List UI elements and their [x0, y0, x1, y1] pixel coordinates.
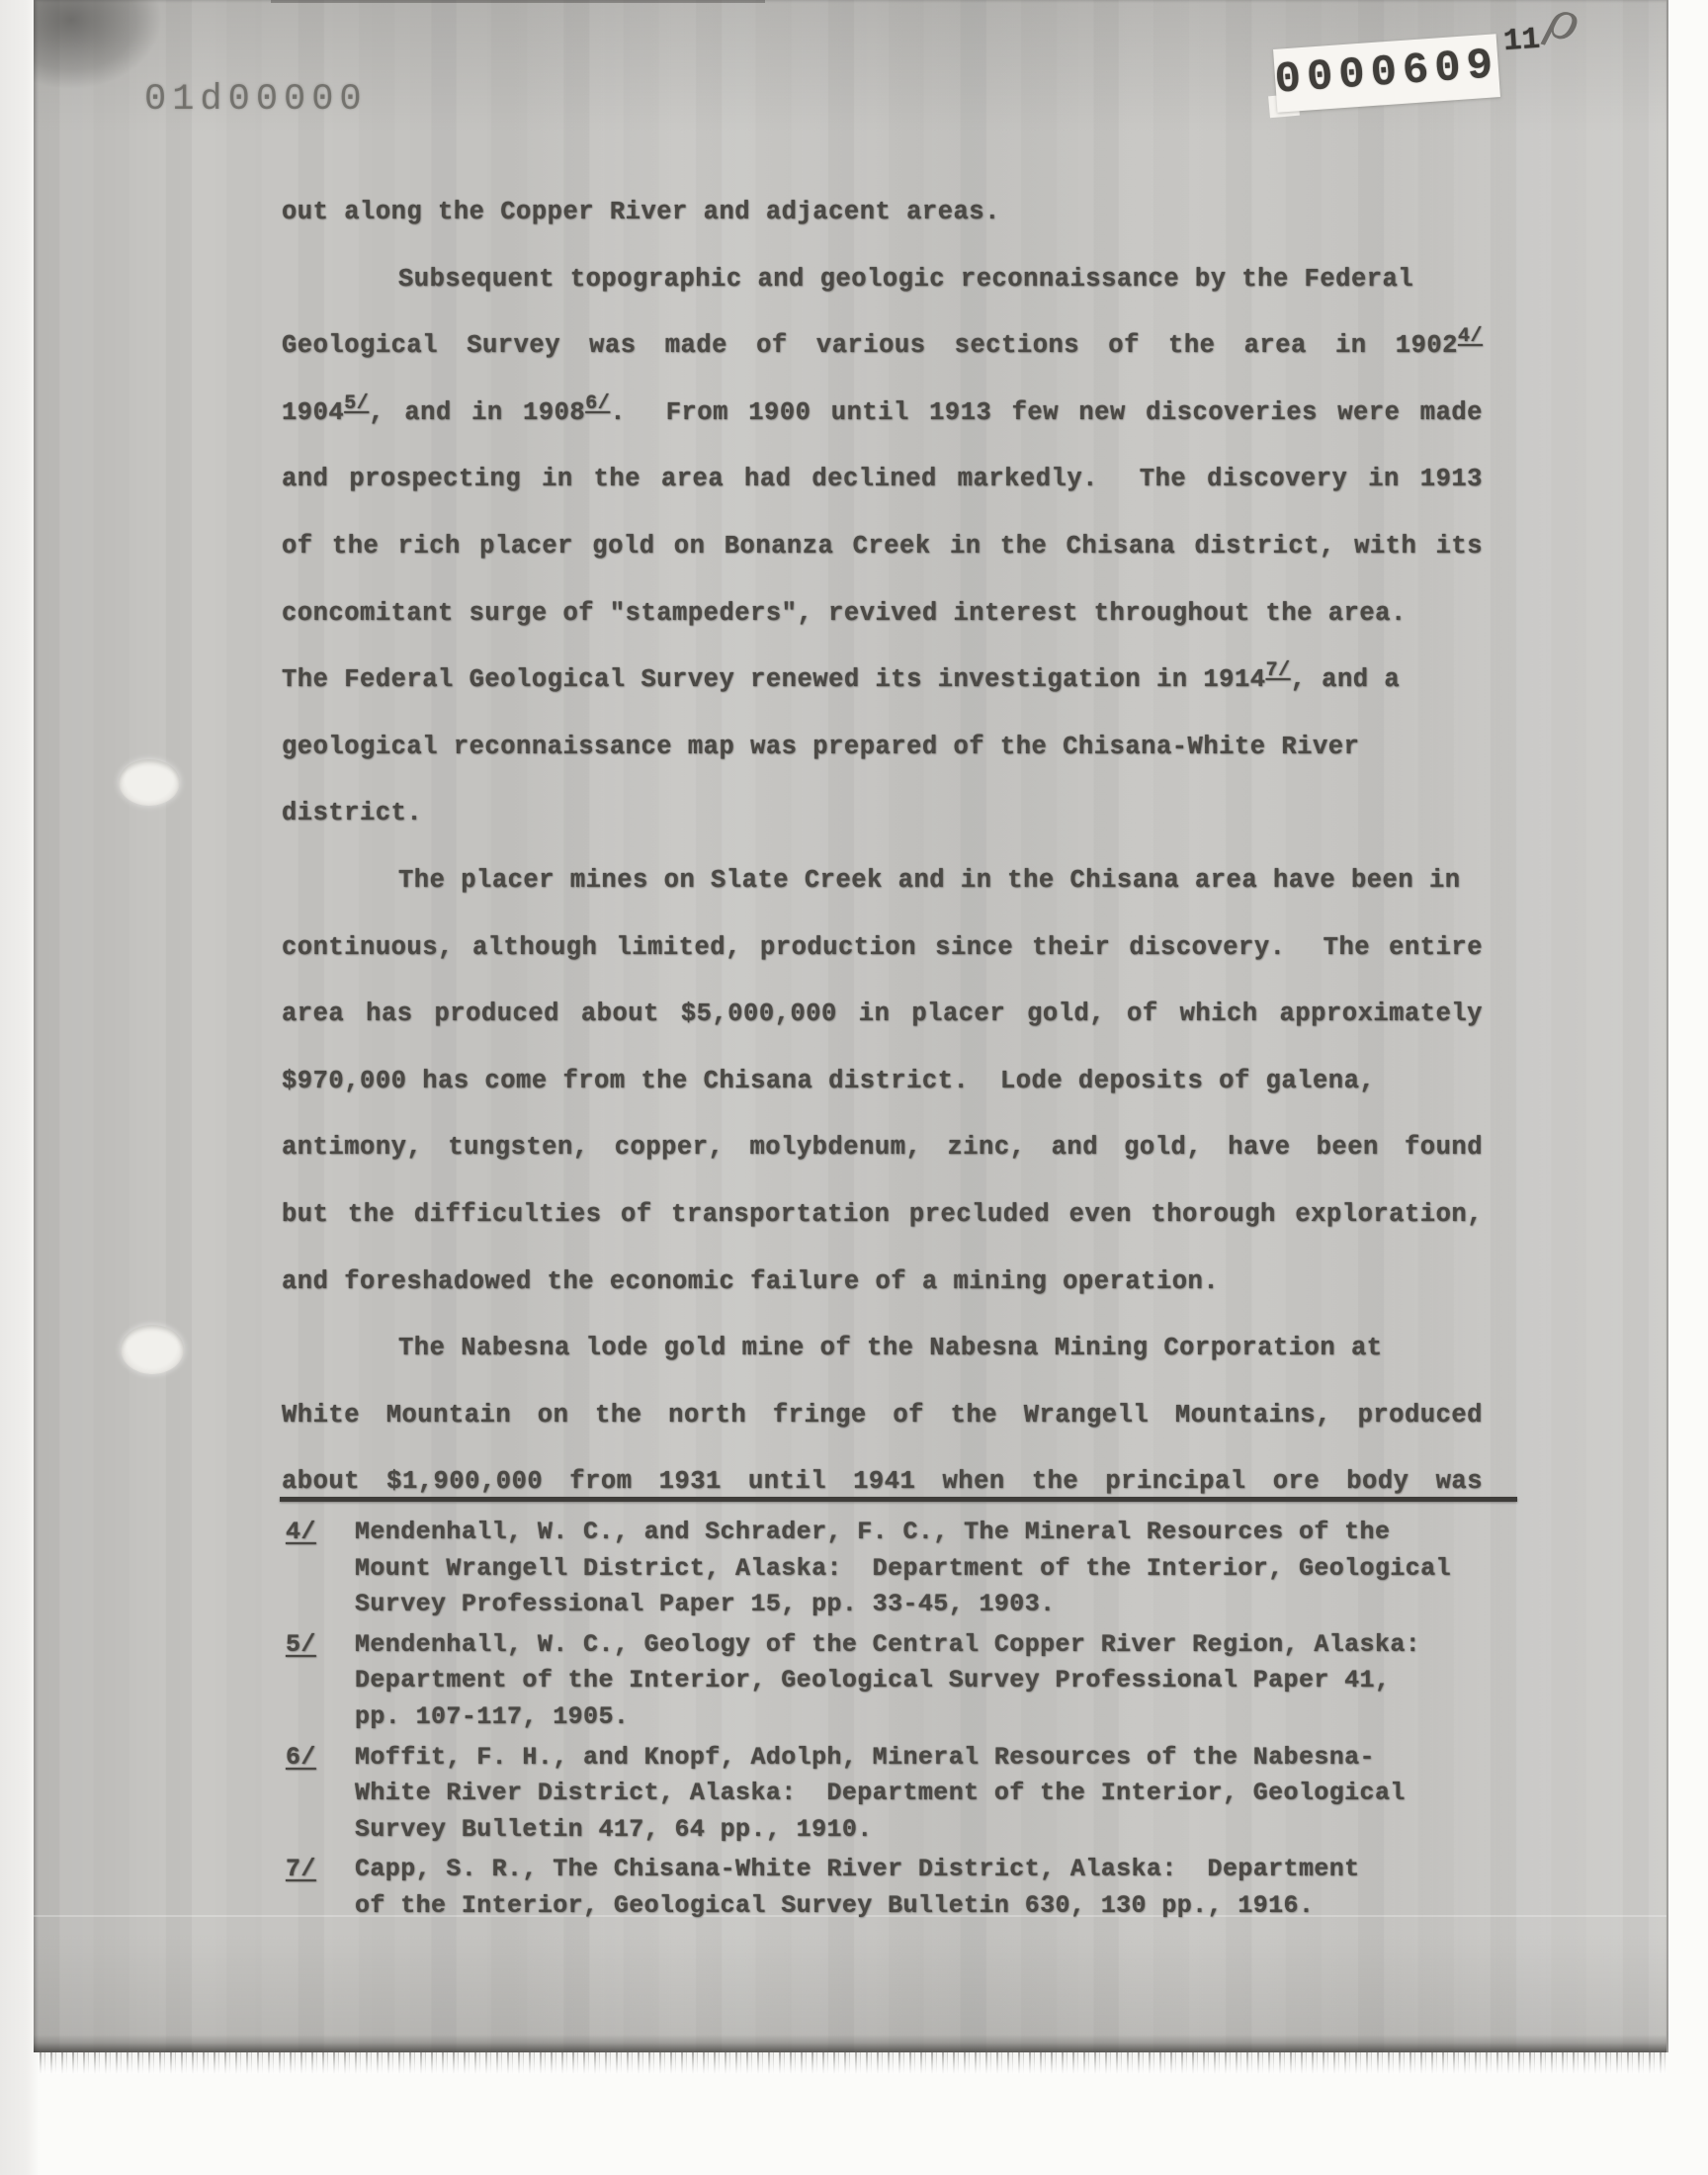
footnote-item: 7/Capp, S. R., The Chisana-White River D…: [284, 1852, 1521, 1924]
body-line: and foreshadowed the economic failure of…: [282, 1249, 1483, 1316]
text-segment: The placer mines on Slate Creek and in t…: [398, 866, 1461, 895]
bleedthrough-stamp: 01d00000: [144, 79, 368, 121]
footnote-line: Moffit, F. H., and Knopf, Adolph, Minera…: [355, 1740, 1521, 1777]
body-text: out along the Copper River and adjacent …: [282, 179, 1483, 1516]
text-segment: The Nabesna lode gold mine of the Nabesn…: [398, 1334, 1383, 1362]
footnote-line: Department of the Interior, Geological S…: [355, 1663, 1521, 1699]
text-segment: geological reconnaissance map was prepar…: [282, 733, 1359, 761]
text-segment: antimony, tungsten, copper, molybdenum, …: [282, 1133, 1483, 1162]
body-line: White Mountain on the north fringe of th…: [282, 1382, 1483, 1449]
footnote-label: 5/: [286, 1627, 316, 1664]
footnote-line: pp. 107-117, 1905.: [355, 1699, 1521, 1736]
text-segment: district.: [282, 799, 422, 827]
footnote-item: 4/Mendenhall, W. C., and Schrader, F. C.…: [284, 1515, 1521, 1623]
footnote-label: 7/: [286, 1852, 316, 1888]
body-line: continuous, although limited, production…: [282, 914, 1483, 982]
footnote-item: 6/Moffit, F. H., and Knopf, Adolph, Mine…: [284, 1740, 1521, 1849]
text-segment: about $1,900,000 from 1931 until 1941 wh…: [282, 1467, 1483, 1496]
text-segment: , and a: [1291, 665, 1401, 694]
body-line: district.: [282, 780, 1483, 847]
body-line: area has produced about $5,000,000 in pl…: [282, 981, 1483, 1048]
punch-hole: [121, 1325, 184, 1374]
footnote-separator-rule: [280, 1497, 1517, 1502]
document-number: 0000609: [1273, 41, 1500, 106]
text-segment: Subsequent topographic and geologic reco…: [398, 265, 1413, 294]
punch-hole: [119, 759, 180, 806]
footnote-label: 4/: [286, 1515, 316, 1551]
text-segment: and foreshadowed the economic failure of…: [282, 1267, 1219, 1296]
footnote-line: of the Interior, Geological Survey Bulle…: [355, 1888, 1521, 1925]
body-line: The placer mines on Slate Creek and in t…: [282, 847, 1483, 914]
text-segment: and prospecting in the area had declined…: [282, 465, 1483, 493]
footnote-ref: 4/: [1458, 304, 1483, 371]
text-segment: continuous, although limited, production…: [282, 933, 1483, 962]
body-line: The Federal Geological Survey renewed it…: [282, 647, 1483, 714]
text-segment: The Federal Geological Survey renewed it…: [282, 665, 1266, 694]
body-line: about $1,900,000 from 1931 until 1941 wh…: [282, 1448, 1483, 1516]
text-segment: concomitant surge of "stampeders", reviv…: [282, 599, 1407, 628]
paper-bottom-edge: [34, 2035, 1666, 2052]
body-line: The Nabesna lode gold mine of the Nabesn…: [282, 1315, 1483, 1382]
page-number: 11: [1502, 23, 1542, 60]
body-line: Geological Survey was made of various se…: [282, 312, 1483, 380]
footnote-line: Mount Wrangell District, Alaska: Departm…: [355, 1551, 1521, 1588]
text-segment: out along the Copper River and adjacent …: [282, 198, 1000, 226]
body-line: $970,000 has come from the Chisana distr…: [282, 1048, 1483, 1115]
body-line: but the difficulties of transportation p…: [282, 1181, 1483, 1249]
text-segment: but the difficulties of transportation p…: [282, 1200, 1483, 1229]
footnote-line: Mendenhall, W. C., and Schrader, F. C., …: [355, 1515, 1521, 1551]
text-segment: , and in 1908: [369, 398, 585, 427]
body-line: antimony, tungsten, copper, molybdenum, …: [282, 1114, 1483, 1181]
text-segment: 1904: [282, 398, 344, 427]
text-segment: of the rich placer gold on Bonanza Creek…: [282, 532, 1483, 561]
footnote-label: 6/: [286, 1740, 316, 1777]
footnote-item: 5/Mendenhall, W. C., Geology of the Cent…: [284, 1627, 1521, 1736]
footnotes: 4/Mendenhall, W. C., and Schrader, F. C.…: [284, 1515, 1521, 1929]
footnote-line: Capp, S. R., The Chisana-White River Dis…: [355, 1852, 1521, 1888]
text-segment: . From 1900 until 1913 few new discoveri…: [610, 398, 1483, 427]
body-line: Subsequent topographic and geologic reco…: [282, 246, 1483, 313]
footnote-line: Survey Bulletin 417, 64 pp., 1910.: [355, 1812, 1521, 1849]
footnote-line: Survey Professional Paper 15, pp. 33-45,…: [355, 1587, 1521, 1623]
body-line: 19045/, and in 19086/. From 1900 until 1…: [282, 380, 1483, 447]
scanned-document-page: 01d00000 0000609 11 ρ out along the Copp…: [0, 0, 1708, 2175]
body-line: out along the Copper River and adjacent …: [282, 179, 1483, 246]
body-line: and prospecting in the area had declined…: [282, 446, 1483, 513]
scanner-smear: [40, 2052, 1666, 2074]
footnote-ref: 6/: [585, 371, 610, 438]
body-line: concomitant surge of "stampeders", reviv…: [282, 580, 1483, 648]
text-segment: $970,000 has come from the Chisana distr…: [282, 1067, 1375, 1095]
footnote-line: Mendenhall, W. C., Geology of the Centra…: [355, 1627, 1521, 1664]
text-segment: area has produced about $5,000,000 in pl…: [282, 1000, 1483, 1028]
body-line: geological reconnaissance map was prepar…: [282, 714, 1483, 781]
text-segment: White Mountain on the north fringe of th…: [282, 1401, 1483, 1430]
scan-edge-line: [271, 0, 765, 3]
footnote-line: White River District, Alaska: Department…: [355, 1776, 1521, 1812]
footnote-ref: 7/: [1266, 638, 1291, 705]
footnote-ref: 5/: [344, 371, 369, 438]
text-segment: Geological Survey was made of various se…: [282, 331, 1458, 360]
body-line: of the rich placer gold on Bonanza Creek…: [282, 513, 1483, 580]
